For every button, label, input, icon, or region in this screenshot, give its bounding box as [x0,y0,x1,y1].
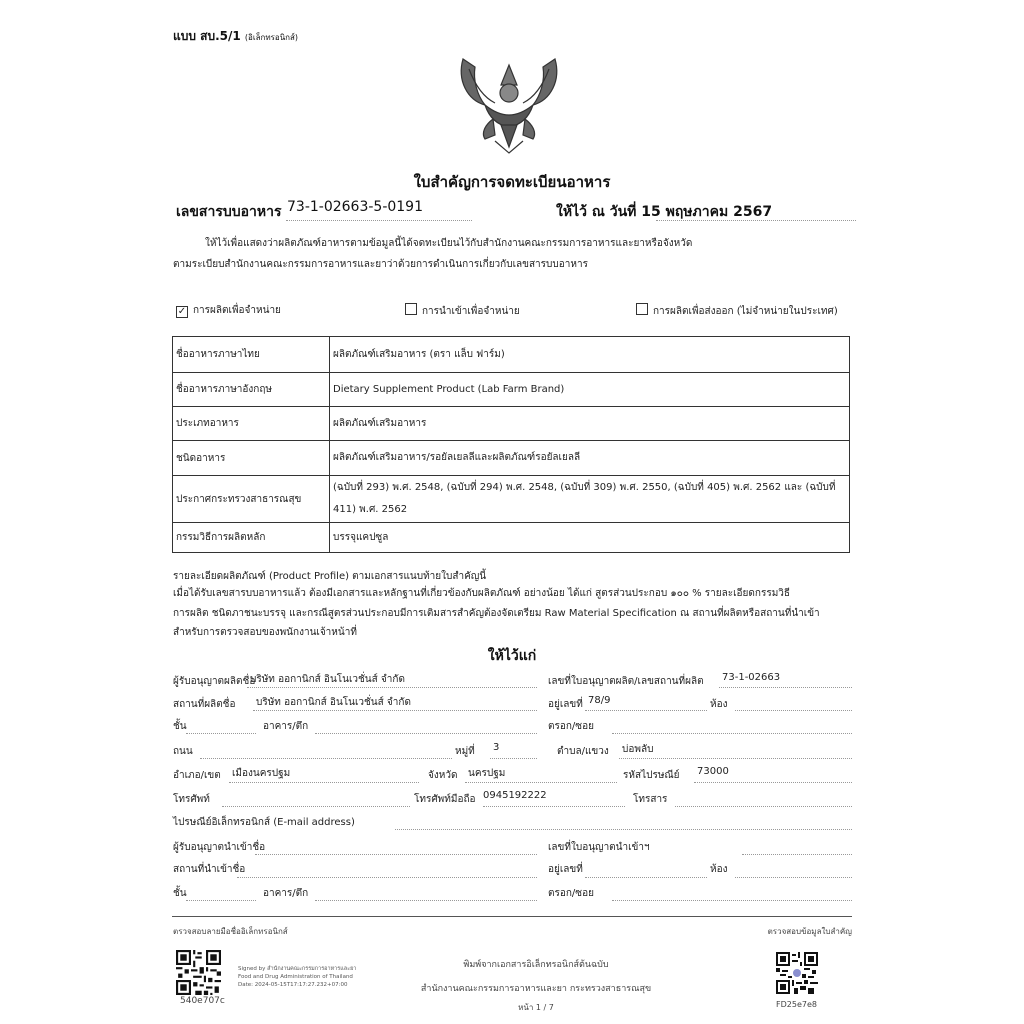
alley-line [612,733,852,734]
table-row: ชื่ออาหารภาษาไทย ผลิตภัณฑ์เสริมอาหาร (ตร… [173,337,850,373]
registration-underline [286,220,472,221]
license-no-value: 73-1-02663 [722,672,780,683]
import-room-label: ห้อง [710,862,727,877]
subdistrict-value: บ่อพลับ [622,742,653,757]
site-line [253,710,537,711]
road-line [200,758,452,759]
notes-line-2: เมื่อได้รับเลขสารบบอาหารแล้ว ต้องมีเอกสา… [173,585,790,603]
issued-underline [656,220,856,221]
moo-label: หมู่ที่ [455,744,475,759]
table-row: กรรมวิธีการผลิตหลัก บรรจุแคปซูล [173,523,850,553]
checkbox-manufacture[interactable]: ✓ [176,306,188,318]
postcode-label: รหัสไปรษณีย์ [623,768,680,783]
licensee-line [247,687,537,688]
subdistrict-line [619,758,852,759]
table-row: ชนิดอาหาร ผลิตภัณฑ์เสริมอาหาร/รอยัลเยลลี… [173,441,850,476]
issued-label: ให้ไว้ ณ วันที่ [556,204,636,220]
province-line [465,782,617,783]
mobile-line [483,806,625,807]
printed-from: พิมพ์จากเอกสารอิเล็กทรอนิกส์ต้นฉบับ [0,957,1024,971]
building-line [315,733,537,734]
checkbox-export[interactable] [636,303,648,315]
row-value: Dietary Supplement Product (Lab Farm Bra… [330,373,850,407]
notes-line-3: การผลิต ชนิดภาชนะบรรจุ และกรณีสูตรส่วนปร… [173,605,820,623]
table-row: ประเภทอาหาร ผลิตภัณฑ์เสริมอาหาร [173,407,850,441]
import-alley-line [612,900,852,901]
row-value: บรรจุแคปซูล [330,523,850,553]
phone-line [222,806,410,807]
issued-date-value: 15 พฤษภาคม 2567 [641,204,772,220]
row-key: ชื่ออาหารภาษาอังกฤษ [173,373,330,407]
import-site-line [237,877,537,878]
registration-number: 73-1-02663-5-0191 [287,199,423,215]
import-floor-label: ชั้น [173,886,187,901]
signed-org: Food and Drug Administration of Thailand [238,973,356,981]
row-value: ผลิตภัณฑ์เสริมอาหาร (ตรา แล็บ ฟาร์ม) [330,337,850,373]
page-number-text: หน้า 1 / 7 [518,1003,554,1012]
floor-line [186,733,256,734]
import-room-line [735,877,852,878]
license-no-label: เลขที่ใบอนุญาตผลิต/เลขสถานที่ผลิต [548,674,704,689]
building-label: อาคาร/ตึก [263,719,308,734]
row-value: (ฉบับที่ 293) พ.ศ. 2548, (ฉบับที่ 294) พ… [330,476,850,523]
document-qr-code: FD25e7e8 [776,1000,817,1009]
purpose-export-label: การผลิตเพื่อส่งออก (ไม่จำหน่ายในประเทศ) [653,306,838,317]
row-key: กรรมวิธีการผลิตหลัก [173,523,330,553]
district-line [229,782,419,783]
importer-label: ผู้รับอนุญาตนำเข้าชื่อ [173,840,265,855]
house-no-line [585,710,707,711]
issuer: สำนักงานคณะกรรมการอาหารและยา กระทรวงสาธา… [0,981,1024,995]
license-no-line [719,687,852,688]
postcode-line [694,782,852,783]
room-label: ห้อง [710,697,727,712]
licensee-label: ผู้รับอนุญาตผลิตชื่อ [173,674,255,689]
import-license-label: เลขที่ใบอนุญาตนำเข้าฯ [548,840,650,855]
purpose-import[interactable]: การนำเข้าเพื่อจำหน่าย [405,303,520,319]
checkbox-import[interactable] [405,303,417,315]
importer-line [255,854,537,855]
site-value: บริษัท ออกานิกส์ อินโนเวชั่นส์ จำกัด [256,695,411,710]
room-line [735,710,852,711]
import-house-no-label: อยู่เลขที่ [548,862,583,877]
site-label: สถานที่ผลิตชื่อ [173,697,235,712]
table-row: ประกาศกระทรวงสาธารณสุข (ฉบับที่ 293) พ.ศ… [173,476,850,523]
import-alley-label: ตรอก/ซอย [548,886,594,901]
import-building-label: อาคาร/ตึก [263,886,308,901]
page-number: หน้า 1 / 7 [0,1001,1024,1014]
purpose-import-label: การนำเข้าเพื่อจำหน่าย [422,306,520,317]
fax-line [675,806,852,807]
import-site-label: สถานที่นำเข้าชื่อ [173,862,245,877]
province-label: จังหวัด [428,768,457,783]
subdistrict-label: ตำบล/แขวง [557,744,609,759]
row-key: ประเภทอาหาร [173,407,330,441]
notes-line-1: รายละเอียดผลิตภัณฑ์ (Product Profile) ตา… [173,568,486,586]
province-value: นครปฐม [468,766,505,781]
postcode-value: 73000 [697,766,729,777]
document-title: ใบสำคัญการจดทะเบียนอาหาร [0,170,1024,194]
issued-to-title: ให้ไว้แก่ [0,645,1024,667]
product-info-table: ชื่ออาหารภาษาไทย ผลิตภัณฑ์เสริมอาหาร (ตร… [172,336,850,553]
footer-divider [172,916,852,917]
phone-label: โทรศัพท์ [173,792,210,807]
form-code-suffix: (อิเล็กทรอนิกส์) [245,33,298,42]
alley-label: ตรอก/ซอย [548,719,594,734]
purpose-export[interactable]: การผลิตเพื่อส่งออก (ไม่จำหน่ายในประเทศ) [636,303,838,319]
row-value: ผลิตภัณฑ์เสริมอาหาร [330,407,850,441]
row-key: ประกาศกระทรวงสาธารณสุข [173,476,330,523]
issuer-text: สำนักงานคณะกรรมการอาหารและยา กระทรวงสาธา… [421,984,651,994]
road-label: ถนน [173,744,193,759]
licensee-value: บริษัท ออกานิกส์ อินโนเวชั่นส์ จำกัด [250,672,405,687]
registration-label: เลขสารบบอาหาร [176,201,282,223]
email-label: ไปรษณีย์อิเล็กทรอนิกส์ (E-mail address) [173,815,355,830]
moo-line [490,758,537,759]
mobile-label: โทรศัพท์มือถือ [414,792,476,807]
purpose-manufacture-label: การผลิตเพื่อจำหน่าย [193,305,281,316]
document-qr-code-icon[interactable] [776,952,818,994]
form-code: แบบ สบ.5/1 (อิเล็กทรอนิกส์) [173,27,298,46]
fax-label: โทรสาร [633,792,667,807]
intro-line-1: ให้ไว้เพื่อแสดงว่าผลิตภัณฑ์อาหารตามข้อมู… [205,235,692,253]
district-label: อำเภอ/เขต [173,768,221,783]
import-license-line [742,854,852,855]
notes-line-4: สำหรับการตรวจสอบของพนักงานเจ้าหน้าที่ [173,624,357,642]
import-house-no-line [585,877,707,878]
mobile-value: 0945192222 [483,790,547,801]
printed-from-text: พิมพ์จากเอกสารอิเล็กทรอนิกส์ต้นฉบับ [463,960,608,970]
verify-data-label: ตรวจสอบข้อมูลใบสำคัญ [768,925,852,938]
table-row: ชื่ออาหารภาษาอังกฤษ Dietary Supplement P… [173,373,850,407]
import-building-line [315,900,537,901]
purpose-manufacture[interactable]: ✓การผลิตเพื่อจำหน่าย [176,303,281,318]
form-code-text: แบบ สบ.5/1 [173,29,241,43]
row-key: ชนิดอาหาร [173,441,330,476]
row-key: ชื่ออาหารภาษาไทย [173,337,330,373]
moo-value: 3 [493,742,499,753]
house-no-value: 78/9 [588,695,610,706]
verify-signature-label: ตรวจสอบลายมือชื่ออิเล็กทรอนิกส์ [173,925,288,938]
floor-label: ชั้น [173,719,187,734]
garuda-emblem-icon [455,55,563,155]
row-value: ผลิตภัณฑ์เสริมอาหาร/รอยัลเยลลีและผลิตภัณ… [330,441,850,476]
intro-line-2: ตามระเบียบสำนักงานคณะกรรมการอาหารและยาว่… [173,256,588,274]
district-value: เมืองนครปฐม [232,766,290,781]
email-line [395,829,852,830]
import-floor-line [186,900,256,901]
house-no-label: อยู่เลขที่ [548,697,583,712]
